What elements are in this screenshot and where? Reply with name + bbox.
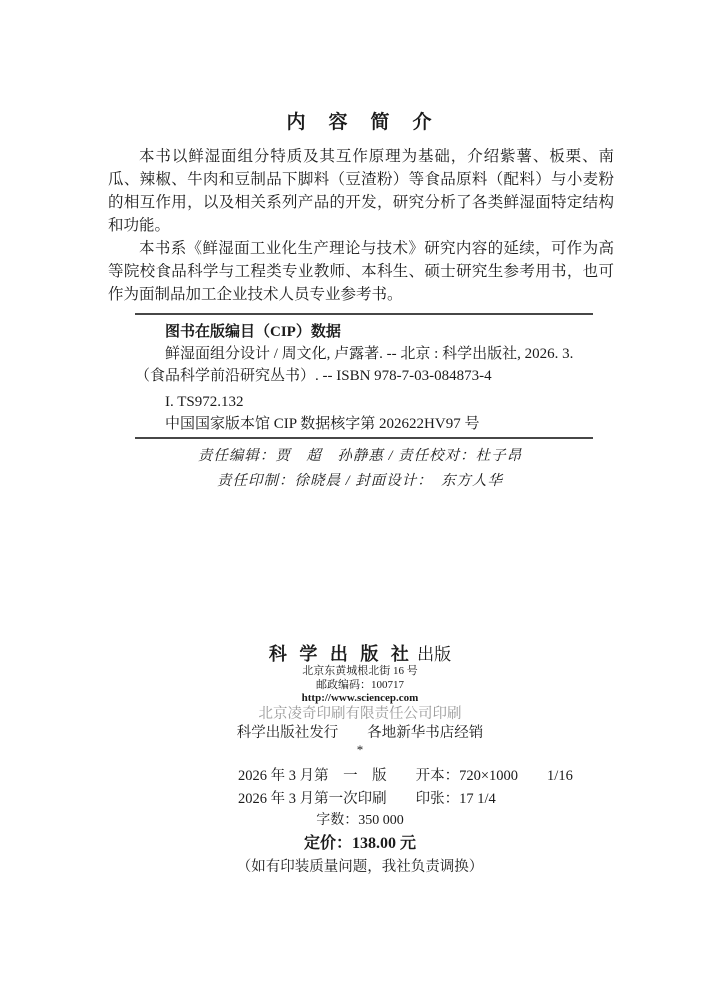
bottom-info: 字数：350 000 定价：138.00 元 （如有印装质量问题，我社负责调换）	[0, 811, 720, 878]
publisher-postcode: 邮政编码：100717	[0, 679, 720, 693]
edition-line-1: 2026 年 3 月第 一 版 开本：720×1000 1/16	[238, 765, 573, 788]
cip-header: 图书在版编目（CIP）数据	[135, 321, 593, 343]
printer-line: 北京凌奇印刷有限责任公司印刷	[0, 705, 720, 724]
publisher-suffix: 出版	[413, 645, 451, 664]
price-line: 定价：138.00 元	[0, 831, 720, 856]
content-summary: 本书以鲜湿面组分特质及其互作原理为基础，介绍紫薯、板栗、南瓜、辣椒、牛肉和豆制品…	[108, 145, 614, 306]
summary-paragraph-2: 本书系《鲜湿面工业化生产理论与技术》研究内容的延续，可作为高等院校食品科学与工程…	[108, 237, 614, 306]
copyright-page: 内 容 简 介 本书以鲜湿面组分特质及其互作原理为基础，介绍紫薯、板栗、南瓜、辣…	[0, 0, 720, 1000]
cip-data-box: 图书在版编目（CIP）数据 鲜湿面组分设计 / 周文化, 卢露著. -- 北京 …	[135, 313, 593, 439]
edition-info: 2026 年 3 月第 一 版 开本：720×1000 1/16 2026 年 …	[238, 765, 573, 811]
cip-series-line: （食品科学前沿研究丛书）. -- ISBN 978-7-03-084873-4	[135, 365, 593, 387]
page-title: 内 容 简 介	[0, 110, 720, 136]
publisher-block: 科 学 出 版 社 出版 北京东黄城根北街 16 号 邮政编码：100717 h…	[0, 644, 720, 757]
publisher-name-line: 科 学 出 版 社 出版	[0, 644, 720, 665]
publisher-url: http://www.sciencep.com	[0, 692, 720, 705]
wordcount-line: 字数：350 000	[0, 811, 720, 831]
publisher-address: 北京东黄城根北街 16 号	[0, 665, 720, 679]
cip-title-line: 鲜湿面组分设计 / 周文化, 卢露著. -- 北京 : 科学出版社, 2026.…	[135, 343, 593, 365]
credits-printing-design-line: 责任印制：徐晓晨 / 封面设计： 东方人华	[0, 469, 720, 494]
responsibility-credits: 责任编辑：贾 超 孙静惠 / 责任校对：杜子昂 责任印制：徐晓晨 / 封面设计：…	[0, 444, 720, 494]
credits-editors-line: 责任编辑：贾 超 孙静惠 / 责任校对：杜子昂	[0, 444, 720, 469]
cip-record-line: 中国国家版本馆 CIP 数据核字第 202622HV97 号	[135, 413, 593, 435]
distribution-line: 科学出版社发行 各地新华书店经销	[0, 724, 720, 743]
cip-classification-line: I. TS972.132	[135, 391, 593, 413]
edition-line-2: 2026 年 3 月第一次印刷 印张：17 1/4	[238, 788, 573, 811]
separator-asterisk: *	[0, 743, 720, 757]
summary-paragraph-1: 本书以鲜湿面组分特质及其互作原理为基础，介绍紫薯、板栗、南瓜、辣椒、牛肉和豆制品…	[108, 145, 614, 237]
publisher-logo-text: 科 学 出 版 社	[269, 644, 413, 664]
quality-notice: （如有印装质量问题，我社负责调换）	[0, 856, 720, 878]
